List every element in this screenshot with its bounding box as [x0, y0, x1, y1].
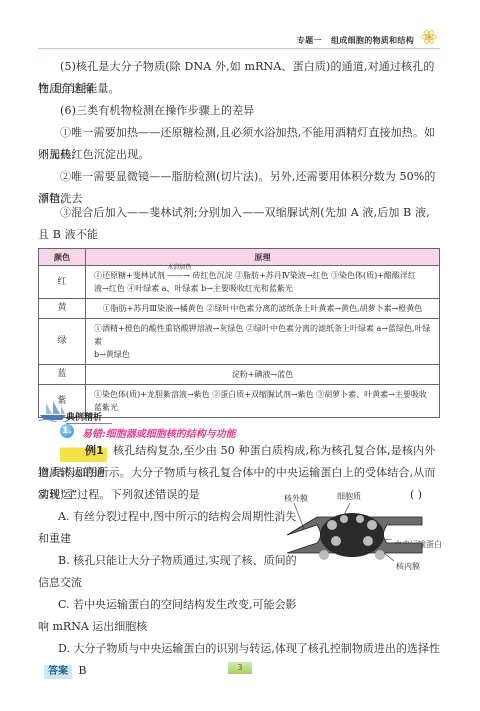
subsection-number-badge: 1.: [60, 424, 74, 438]
table-row: 黄 ①脂肪+苏丹Ⅲ染液→橘黄色 ②绿叶中色素分离的滤纸条上叶黄素→黄色,胡萝卜素…: [39, 299, 440, 319]
badge-number: 1.: [62, 426, 72, 436]
option-d: D. 大分子物质与中央运输蛋白的识别与转运,体现了核孔控制物质进出的选择性: [58, 638, 440, 660]
text-line: ①染色体(质)+龙胆紫溶液→紫色 ②蛋白质+双缩脲试剂→紫色 ③胡萝卜素、叶黄素…: [94, 390, 427, 399]
principle-cell: ①脂肪+苏丹Ⅲ染液→橘黄色 ②绿叶中色素分离的滤纸条上叶黄素→黄色,胡萝卜素→橙…: [86, 299, 440, 319]
paragraph-5-cont: 性,且消耗能量。: [38, 78, 440, 100]
table-row: 红 ①还原糖+斐林试剂 水浴加热――→ 砖红色沉淀 ②脂肪+苏丹Ⅳ染液→红色 ③…: [39, 266, 440, 299]
reaction-arrow: 水浴加热――→: [167, 269, 190, 282]
color-cell: 蓝: [39, 365, 86, 385]
page-header: 专题一 组成细胞的物质和结构: [38, 34, 440, 49]
table-row: 绿 ①酒精+橙色的酸性重铬酸钾溶液→灰绿色 ②绿叶中色素分离的滤纸条上叶绿素 a…: [39, 319, 440, 365]
principle-cell: ①还原糖+斐林试剂 水浴加热――→ 砖红色沉淀 ②脂肪+苏丹Ⅳ染液→红色 ③染色…: [86, 266, 440, 299]
paragraph-6-3: ③混合后加入——斐林试剂;分别加入——双缩脲试剂(先加 A 液,后加 B 液,且…: [38, 202, 440, 246]
table-header-color: 颜色: [39, 249, 86, 266]
chapter-name: 组成细胞的物质和结构: [331, 36, 414, 45]
color-reaction-table: 颜色 原理 红 ①还原糖+斐林试剂 水浴加热――→ 砖红色沉淀 ②脂肪+苏丹Ⅳ染…: [38, 248, 440, 418]
nuclear-pore-illustration: [282, 503, 432, 568]
table-header-row: 颜色 原理: [39, 249, 440, 266]
option-a: A. 有丝分裂过程中,图中所示的结构会周期性消失: [58, 506, 296, 528]
table-header-principle: 原理: [86, 249, 440, 266]
principle-cell: 淀粉+碘液→蓝色: [86, 365, 440, 385]
chapter-number: 专题一: [297, 36, 322, 45]
label-cytoplasm: 细胞质: [337, 491, 361, 502]
option-c-cont: 响 mRNA 运出细胞核: [38, 616, 147, 638]
page-number: 3: [228, 662, 252, 674]
nuclear-pore-diagram: 核外膜 细胞质 中央运输蛋白 核内膜: [282, 493, 450, 593]
text-line: 砖红色沉淀 ②脂肪+苏丹Ⅳ染液→红色 ③染色体(质)+醋酸洋红: [193, 271, 416, 280]
color-cell: 黄: [39, 299, 86, 319]
ship-icon: [38, 400, 68, 422]
chapter-title: 专题一 组成细胞的物质和结构: [297, 35, 414, 46]
principle-cell: ①酒精+橙色的酸性重铬酸钾溶液→灰绿色 ②绿叶中色素分离的滤纸条上叶绿素 a→蓝…: [86, 319, 440, 365]
text-line: b→黄绿色: [94, 350, 130, 359]
typical-examples-heading: 典例精析: [38, 400, 138, 422]
table-row: 蓝 淀粉+碘液→蓝色: [39, 365, 440, 385]
color-cell: 绿: [39, 319, 86, 365]
text-line: ①还原糖+斐林试剂: [94, 271, 165, 280]
option-b-cont: 信息交流: [38, 572, 82, 594]
textbook-page: 专题一 组成细胞的物质和结构 (5)核孔是大分子物质(除 DNA 外,如 mRN…: [0, 0, 480, 711]
principle-cell: ①染色体(质)+龙胆紫溶液→紫色 ②蛋白质+双缩脲试剂→紫色 ③胡萝卜素、叶黄素…: [86, 385, 440, 418]
color-cell: 红: [39, 266, 86, 299]
arrow-condition: 水浴加热: [167, 261, 191, 274]
paragraph-6-title: (6)三类有机物检测在操作步骤上的差异: [38, 100, 440, 122]
option-b: B. 核孔只能让大分子物质通过,实现了核、质间的: [58, 550, 297, 572]
text-line: 液→红色 ④叶绿素 a、叶绿素 b→主要吸收红光和蓝紫光: [94, 284, 293, 293]
atom-icon: [420, 28, 438, 46]
answer-label: 答案: [44, 665, 72, 679]
option-a-cont: 和重建: [38, 528, 71, 550]
answer-value: B: [78, 664, 86, 677]
text-line: ①酒精+橙色的酸性重铬酸钾溶液→灰绿色 ②绿叶中色素分离的滤纸条上叶绿素 a→蓝…: [94, 324, 431, 346]
typical-examples-title: 典例精析: [66, 410, 112, 424]
option-c: C. 若中央运输蛋白的空间结构发生改变,可能会影: [58, 594, 297, 616]
paragraph-6-1-cont: 则无砖红色沉淀出现。: [38, 144, 440, 166]
example-label: 例1: [60, 440, 107, 462]
subsection-title: 易错:细胞器或细胞核的结构与功能: [82, 425, 236, 440]
